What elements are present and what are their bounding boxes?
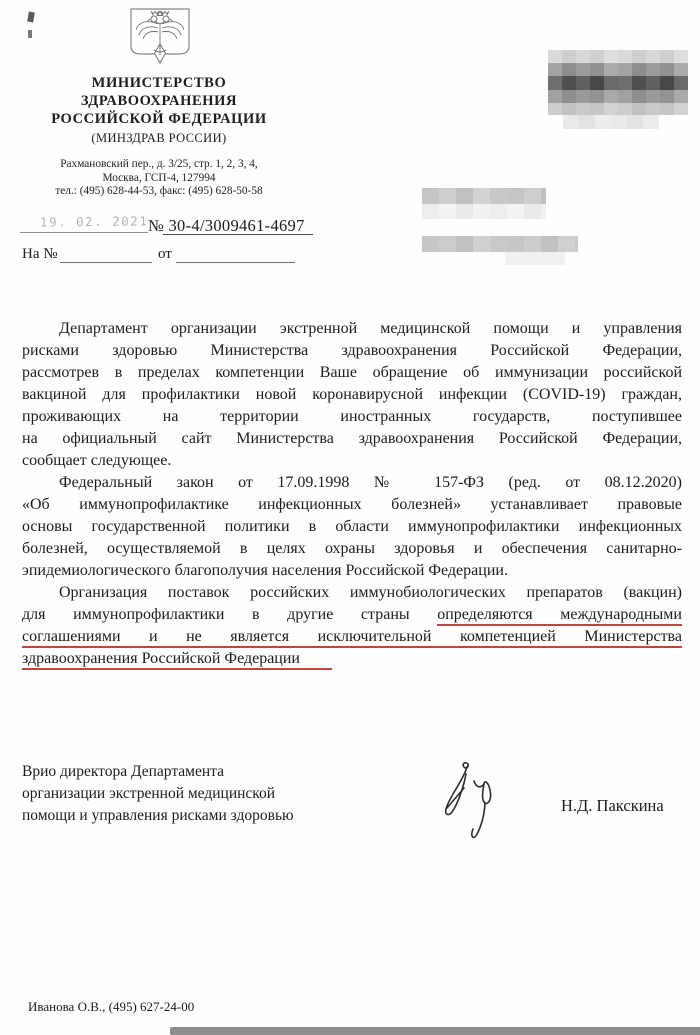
scan-artifact-mark: [28, 30, 32, 38]
horizontal-scrollbar-thumb[interactable]: [170, 1027, 700, 1035]
redacted-recipient-block: [548, 50, 688, 115]
letter-body: Департамент организации экстренной медиц…: [22, 318, 682, 670]
outgoing-number: № 30-4/3009461-4697: [148, 216, 305, 236]
red-underlined-text: определяются международными: [437, 606, 682, 626]
signer-name: Н.Д. Пакскина: [561, 796, 664, 816]
body-line: Федеральный закон от 17.09.1998 № 157-ФЗ…: [22, 472, 682, 494]
ministry-name-line-2: ЗДРАВООХРАНЕНИЯ: [18, 92, 300, 110]
body-line: здравоохранения Российской Федерации: [22, 648, 682, 670]
body-line: рассмотрев в пределах компетенции Ваше о…: [22, 362, 682, 384]
reply-date-blank: [176, 262, 295, 263]
date-underline: [20, 232, 148, 233]
body-line: проживающих на территории иностранных го…: [22, 406, 682, 428]
redacted-text-block-2: [422, 236, 578, 252]
reply-to-label: На №: [22, 246, 58, 263]
red-underlined-text: здравоохранения Российской Федерации: [22, 650, 332, 670]
address-line-2: Москва, ГСП-4, 127994: [18, 172, 300, 186]
body-line: сообщает следующее.: [22, 450, 682, 472]
body-line: эпидемиологического благополучия населен…: [22, 560, 682, 582]
reply-number-blank: [60, 262, 152, 263]
letter-page: МИНИСТЕРСТВО ЗДРАВООХРАНЕНИЯ РОССИЙСКОЙ …: [0, 0, 700, 1035]
ministry-short-name: (МИНЗДРАВ РОССИИ): [18, 131, 300, 146]
body-line: соглашениями и не является исключительно…: [22, 626, 682, 648]
body-line: для иммунопрофилактики в другие страны о…: [22, 604, 682, 626]
russia-coat-of-arms-icon: [127, 4, 193, 73]
body-line: вакциной для профилактики новой коронави…: [22, 384, 682, 406]
letterhead: МИНИСТЕРСТВО ЗДРАВООХРАНЕНИЯ РОССИЙСКОЙ …: [18, 74, 300, 199]
reply-from-label: от: [158, 246, 172, 263]
body-line: на официальный сайт Министерства здравоо…: [22, 428, 682, 450]
ministry-name-line-1: МИНИСТЕРСТВО: [18, 74, 300, 92]
redacted-text-block-2-ext: [505, 252, 565, 265]
handwritten-signature-icon: [438, 757, 508, 847]
redacted-recipient-block-ext: [563, 115, 659, 129]
body-line: Департамент организации экстренной медиц…: [22, 318, 682, 340]
red-underlined-text: соглашениями и не является исключительно…: [22, 628, 682, 648]
body-line: основы государственной политики в област…: [22, 516, 682, 538]
ministry-name-line-3: РОССИЙСКОЙ ФЕДЕРАЦИИ: [18, 110, 300, 128]
body-line: рисками здоровью Министерства здравоохра…: [22, 340, 682, 362]
signer-position-line-3: помощи и управления рисками здоровью: [22, 805, 294, 827]
date-stamp: 19. 02. 2021: [40, 213, 148, 229]
address-line-1: Рахмановский пер., д. 3/25, стр. 1, 2, 3…: [18, 158, 300, 172]
address-line-3: тел.: (495) 628-44-53, факс: (495) 628-5…: [18, 185, 300, 199]
scan-artifact-mark: [27, 12, 35, 23]
signer-position-line-1: Врио директора Департамента: [22, 761, 294, 783]
signer-position: Врио директора Департамента организации …: [22, 761, 294, 827]
signer-position-line-2: организации экстренной медицинской: [22, 783, 294, 805]
executor-contact: Иванова О.В., (495) 627-24-00: [28, 999, 194, 1015]
body-line: Организация поставок российских иммуноби…: [22, 582, 682, 604]
body-line: «Об иммунопрофилактике инфекционных боле…: [22, 494, 682, 516]
number-underline: [163, 234, 313, 235]
ministry-address: Рахмановский пер., д. 3/25, стр. 1, 2, 3…: [18, 158, 300, 199]
redacted-text-block-1: [422, 188, 546, 219]
body-line-text: для иммунопрофилактики в другие страны: [22, 606, 437, 623]
body-line: болезней, осуществляемой в целях охраны …: [22, 538, 682, 560]
